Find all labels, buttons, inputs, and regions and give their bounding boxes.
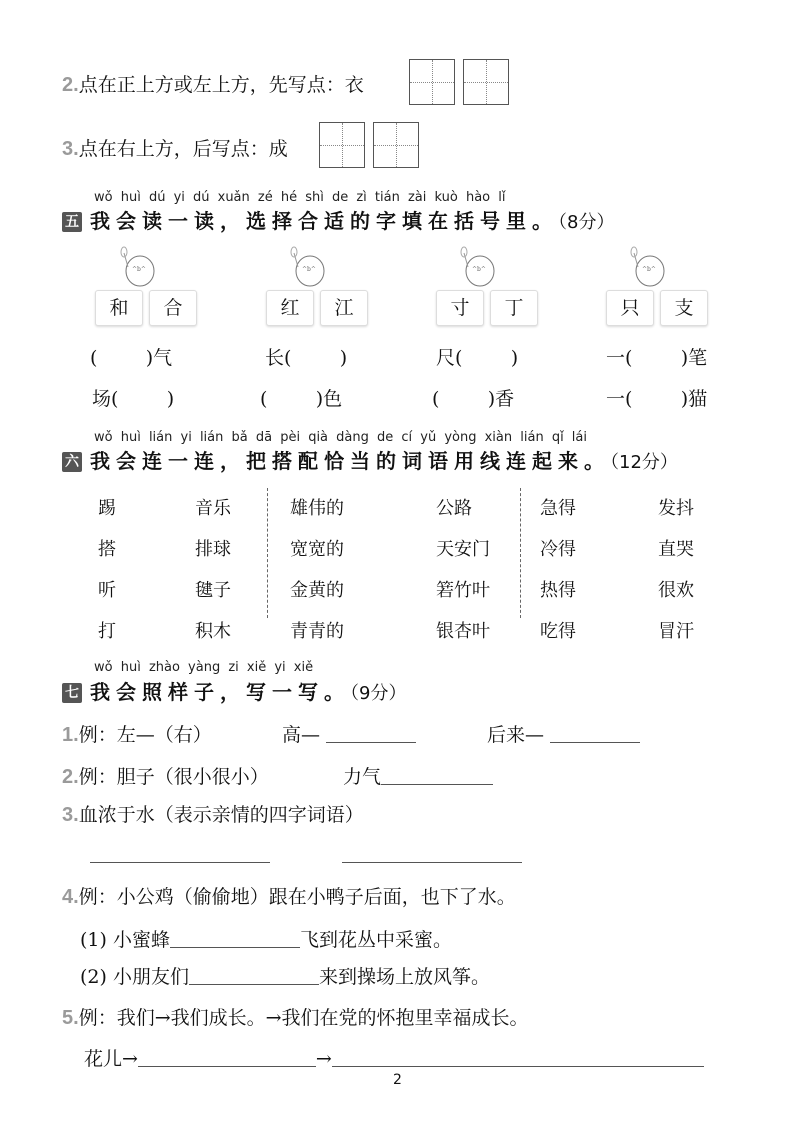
fill-blank[interactable]: ( )香 (432, 384, 514, 411)
question-4-sub1: (1) 小蜜蜂飞到花丛中采蜜。 (80, 925, 452, 952)
svg-text:^b^: ^b^ (132, 266, 146, 273)
match-word[interactable]: 音乐 (195, 494, 231, 520)
svg-text:^b^: ^b^ (472, 266, 486, 273)
answer-line[interactable] (138, 1048, 316, 1067)
question-number: 4. (62, 886, 79, 908)
section5-title: 五我会读一读，选择合适的字填在括号里。（8分） (62, 205, 614, 234)
choice-card: 江 (320, 290, 368, 326)
question-number: 5. (62, 1007, 79, 1029)
fill-blank[interactable]: ( )气 (90, 343, 172, 370)
fill-blank[interactable]: 一( )猫 (606, 384, 707, 411)
match-word[interactable]: 很欢 (658, 576, 694, 602)
stroke-rule-text: 点在正上方或左上方，先写点：衣 (79, 74, 364, 96)
match-word[interactable]: 踢 (98, 494, 116, 520)
writing-grid-box[interactable] (373, 122, 419, 168)
match-word[interactable]: 积木 (195, 617, 231, 643)
section-score: （8分） (558, 212, 614, 233)
choice-card: 支 (660, 290, 708, 326)
section7-pinyin: wǒ huì zhào yàng zi xiě yi xiě (94, 660, 313, 675)
match-word[interactable]: 热得 (540, 576, 576, 602)
choice-card: 和 (95, 290, 143, 326)
answer-line[interactable] (90, 844, 270, 863)
section5-pinyin: wǒ huì dú yi dú xuǎn zé hé shì de zì tiá… (94, 190, 505, 205)
section6-pinyin: wǒ huì lián yi lián bǎ dā pèi qià dàng d… (94, 430, 587, 445)
match-word[interactable]: 雄伟的 (290, 494, 344, 520)
match-word[interactable]: 打 (98, 617, 116, 643)
chick-illustration-icon: ^b^ (458, 245, 498, 289)
section-title-text: 我会照样子，写一写。 (90, 680, 350, 704)
section-score: （9分） (350, 683, 406, 704)
match-word[interactable]: 冷得 (540, 535, 576, 561)
stroke-rule-2: 2.点在正上方或左上方，先写点：衣 (62, 70, 364, 97)
section-badge: 七 (62, 683, 82, 703)
match-word[interactable]: 青青的 (290, 617, 344, 643)
arrow: → (316, 1048, 332, 1070)
section6-title: 六我会连一连，把搭配恰当的词语用线连起来。（12分） (62, 445, 678, 474)
sub-prefix: (1) 小蜜蜂 (80, 929, 170, 951)
fill-blank[interactable]: 尺( ) (436, 343, 518, 370)
choice-card: 丁 (490, 290, 538, 326)
question-5: 5.例：我们→我们成长。→我们在党的怀抱里幸福成长。 (62, 1003, 529, 1030)
fill-blank[interactable]: 场( ) (92, 384, 174, 411)
question-example: 例：我们→我们成长。→我们在党的怀抱里幸福成长。 (79, 1007, 529, 1029)
question-number: 2. (62, 766, 79, 788)
item-label: 力气 (343, 766, 381, 788)
match-word[interactable]: 宽宽的 (290, 535, 344, 561)
sub-suffix: 来到操场上放风筝。 (319, 966, 490, 988)
choice-card: 红 (266, 290, 314, 326)
match-word[interactable]: 直哭 (658, 535, 694, 561)
section-title-text: 我会连一连，把搭配恰当的词语用线连起来。 (90, 449, 610, 473)
match-word[interactable]: 金黄的 (290, 576, 344, 602)
page-number: 2 (393, 1072, 402, 1088)
question-number: 2. (62, 74, 79, 96)
match-word[interactable]: 冒汗 (658, 617, 694, 643)
stroke-rule-3: 3.点在右上方，后写点：成 (62, 134, 288, 161)
question-3: 3.血浓于水（表示亲情的四字词语） (62, 800, 364, 827)
chick-illustration-icon: ^b^ (288, 245, 328, 289)
choice-card: 寸 (436, 290, 484, 326)
svg-text:^b^: ^b^ (642, 266, 656, 273)
match-word[interactable]: 天安门 (436, 535, 490, 561)
question-2: 2.例：胆子（很小很小） (62, 762, 269, 789)
question-2-item: 力气 (343, 762, 493, 789)
answer-line[interactable] (170, 929, 300, 948)
match-word[interactable]: 听 (98, 576, 116, 602)
chick-illustration-icon: ^b^ (118, 245, 158, 289)
question-1-item: 后来— (487, 720, 640, 747)
match-word[interactable]: 吃得 (540, 617, 576, 643)
answer-line[interactable] (326, 724, 416, 743)
match-word[interactable]: 箬竹叶 (436, 576, 490, 602)
match-word[interactable]: 公路 (436, 494, 472, 520)
fill-blank[interactable]: 长( ) (265, 343, 347, 370)
column-divider (520, 488, 521, 618)
question-text: 血浓于水（表示亲情的四字词语） (79, 804, 364, 826)
answer-start: 花儿→ (84, 1048, 138, 1070)
item-label: 高— (282, 724, 320, 746)
question-4: 4.例：小公鸡（偷偷地）跟在小鸭子后面，也下了水。 (62, 882, 516, 909)
match-word[interactable]: 发抖 (658, 494, 694, 520)
sub-suffix: 飞到花丛中采蜜。 (300, 929, 452, 951)
fill-blank[interactable]: 一( )笔 (606, 343, 707, 370)
question-1-item: 高— (282, 720, 416, 747)
writing-grid-box[interactable] (319, 122, 365, 168)
match-word[interactable]: 毽子 (195, 576, 231, 602)
choice-card: 合 (149, 290, 197, 326)
answer-line[interactable] (381, 766, 493, 785)
match-word[interactable]: 银杏叶 (436, 617, 490, 643)
match-word[interactable]: 急得 (540, 494, 576, 520)
item-label: 后来— (487, 724, 544, 746)
column-divider (267, 488, 268, 618)
choice-card: 只 (606, 290, 654, 326)
writing-grid-box[interactable] (409, 59, 455, 105)
answer-line[interactable] (342, 844, 522, 863)
question-number: 3. (62, 804, 79, 826)
answer-line[interactable] (550, 724, 640, 743)
section-score: （12分） (610, 452, 678, 473)
question-5-answer: 花儿→→ (84, 1044, 704, 1071)
question-1: 1.例：左—（右） (62, 720, 212, 747)
svg-text:^b^: ^b^ (302, 266, 316, 273)
answer-line[interactable] (189, 966, 319, 985)
question-4-sub2: (2) 小朋友们来到操场上放风筝。 (80, 962, 490, 989)
section-badge: 五 (62, 212, 82, 232)
section7-title: 七我会照样子，写一写。（9分） (62, 676, 406, 705)
section-title-text: 我会读一读，选择合适的字填在括号里。 (90, 209, 558, 233)
stroke-rule-text: 点在右上方，后写点：成 (79, 138, 288, 160)
chick-illustration-icon: ^b^ (628, 245, 668, 289)
fill-blank[interactable]: ( )色 (260, 384, 342, 411)
question-example: 例：小公鸡（偷偷地）跟在小鸭子后面，也下了水。 (79, 886, 516, 908)
writing-grid-box[interactable] (463, 59, 509, 105)
match-word[interactable]: 搭 (98, 535, 116, 561)
question-number: 1. (62, 724, 79, 746)
match-word[interactable]: 排球 (195, 535, 231, 561)
question-number: 3. (62, 138, 79, 160)
question-example: 例：左—（右） (79, 724, 212, 746)
answer-line[interactable] (332, 1048, 704, 1067)
sub-prefix: (2) 小朋友们 (80, 966, 189, 988)
question-example: 例：胆子（很小很小） (79, 766, 269, 788)
section-badge: 六 (62, 452, 82, 472)
